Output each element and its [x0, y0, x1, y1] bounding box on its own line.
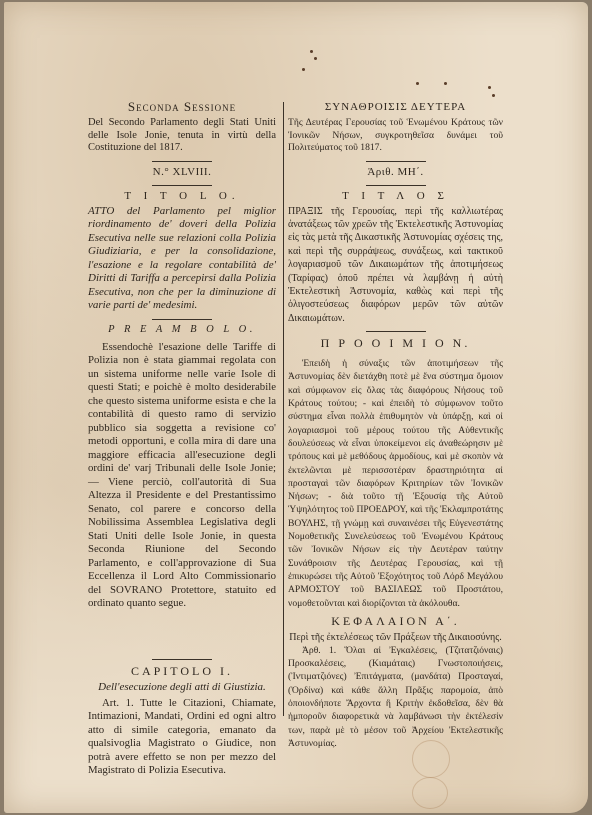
rule	[152, 185, 212, 186]
rule	[152, 659, 212, 660]
title-heading: T I T O L O.	[88, 190, 276, 203]
preamble-heading: P R E A M B O L O.	[88, 324, 276, 335]
rule	[366, 185, 426, 186]
act-number-greek: Ἀριθ. ΜΗ΄.	[288, 166, 503, 179]
preamble-body-greek: Ἐπειδὴ ἡ σύναξις τῶν ἀποτιμήσεων τῆς Ἀστ…	[288, 357, 503, 610]
preamble-heading-greek: Π Ρ Ο Ο Ι Μ Ι Ο Ν.	[288, 336, 503, 351]
chapter-heading-greek: ΚΕΦΑΛΑΙΟΝ Α΄.	[288, 614, 503, 629]
preamble-body: Essendochè l'esazione delle Tariffe di P…	[88, 341, 276, 611]
chapter-subtitle-greek: Περὶ τῆς ἐκτελέσεως τῶν Πράξεων τῆς Δικα…	[288, 631, 503, 644]
session-subtitle-greek: Τῆς Δευτέρας Γερουσίας τοῦ Ἑνωμένου Κράτ…	[288, 117, 503, 155]
column-divider	[283, 102, 284, 716]
act-number: N.° XLVIII.	[88, 166, 276, 179]
chapter-heading: CAPITOLO I.	[88, 664, 276, 679]
foxing-spot	[314, 57, 317, 60]
foxing-spot	[416, 82, 419, 85]
session-heading: Seconda Sessione	[88, 100, 276, 114]
article-1-greek: Ἀρθ. 1. Ὅλαι αἱ Ἐγκαλέσεις, (Τζιτατζιόνα…	[288, 644, 503, 750]
title-body-greek: ΠΡΑΞΙΣ τῆς Γερουσίας, περὶ τῆς καλλιωτέρ…	[288, 205, 503, 326]
rule	[366, 331, 426, 332]
rule	[152, 319, 212, 320]
session-heading-greek: ΣΥΝΑΘΡΟΙΣΙΣ ΔΕΥΤΕΡΑ	[288, 100, 503, 114]
water-stain	[412, 777, 448, 809]
foxing-spot	[492, 94, 495, 97]
session-subtitle: Del Secondo Parlamento degli Stati Uniti…	[88, 117, 276, 155]
foxing-spot	[302, 68, 305, 71]
italian-column: Seconda Sessione Del Secondo Parlamento …	[88, 100, 276, 778]
chapter-subtitle: Dell'esecuzione degli atti di Giustizia.	[88, 681, 276, 693]
article-1: Art. 1. Tutte le Citazioni, Chiamate, In…	[88, 697, 276, 778]
foxing-spot	[488, 86, 491, 89]
foxing-spot	[444, 82, 447, 85]
title-heading-greek: Τ Ι Τ Λ Ο Σ	[288, 190, 503, 203]
title-body: ATTO del Parlamento pel miglior riordina…	[88, 205, 276, 313]
greek-column: ΣΥΝΑΘΡΟΙΣΙΣ ΔΕΥΤΕΡΑ Τῆς Δευτέρας Γερουσί…	[288, 100, 503, 750]
rule	[366, 161, 426, 162]
rule	[152, 161, 212, 162]
foxing-spot	[310, 50, 313, 53]
